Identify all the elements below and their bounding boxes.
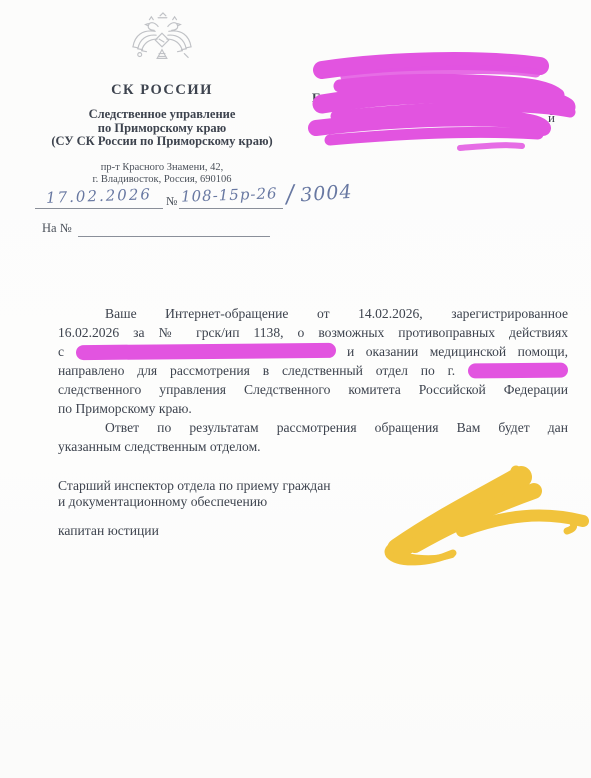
russia-coat-of-arms-icon bbox=[124, 10, 200, 72]
letterhead: СК РОССИИ Следственное управление по При… bbox=[33, 10, 291, 186]
body-text-prefix: с bbox=[58, 344, 64, 359]
body-line-redacted: направлено для рассмотрения в следственн… bbox=[58, 361, 568, 380]
org-abbrev: СК РОССИИ bbox=[33, 82, 291, 99]
addr-line-2: г. Владивосток, Россия, 690106 bbox=[33, 174, 291, 186]
pink-redaction-scribble bbox=[316, 61, 570, 148]
body-line: указанным следственным отделом. bbox=[58, 437, 568, 456]
body-line: Ответ по результатам рассмотрения обраще… bbox=[58, 418, 568, 437]
signature-block: Старший инспектор отдела по приему гражд… bbox=[58, 478, 418, 539]
pink-redaction-bar bbox=[468, 363, 568, 379]
handwritten-outgoing-number: 108-15р-26 bbox=[181, 184, 278, 205]
dept-line-1: Следственное управление bbox=[33, 108, 291, 122]
addr-line-1: пр-т Красного Знамени, 42, bbox=[33, 162, 291, 174]
registry-number: 3004 bbox=[300, 181, 354, 207]
reply-to-underline bbox=[78, 236, 270, 237]
dept-line-3: (СУ СК России по Приморскому краю) bbox=[33, 135, 291, 149]
number-sign-label: № bbox=[166, 194, 177, 209]
document-scan: СК РОССИИ Следственное управление по При… bbox=[0, 0, 591, 778]
date-underline bbox=[35, 208, 163, 209]
letter-body: Ваше Интернет-обращение от 14.02.2026, з… bbox=[58, 304, 568, 456]
dept-line-2: по Приморскому краю bbox=[33, 122, 291, 136]
body-line: по Приморскому краю. bbox=[58, 399, 568, 418]
handwritten-date: 17.02.2026 bbox=[46, 185, 152, 207]
org-department: Следственное управление по Приморскому к… bbox=[33, 108, 291, 149]
pink-redaction-bar bbox=[75, 343, 335, 360]
reply-to-label: На № bbox=[42, 221, 72, 236]
slash-mark: / bbox=[285, 180, 296, 209]
org-address: пр-т Красного Знамени, 42, г. Владивосто… bbox=[33, 162, 291, 186]
body-text-suffix: и оказании медицинской помощи, bbox=[347, 344, 568, 359]
signer-title-line-2: и документационному обеспечению bbox=[58, 494, 418, 510]
body-line: Ваше Интернет-обращение от 14.02.2026, з… bbox=[58, 304, 568, 323]
handwritten-registry-number: /3004 bbox=[285, 176, 353, 209]
number-underline bbox=[179, 208, 283, 209]
addressee-fragment-left: Е bbox=[312, 90, 321, 106]
body-text: направлено для рассмотрения в следственн… bbox=[58, 363, 455, 378]
body-line: 16.02.2026 за № грск/ип 1138, о возможны… bbox=[58, 323, 568, 342]
addressee-fragment-right: й bbox=[548, 110, 555, 126]
body-line-redacted: с и оказании медицинской помощи, bbox=[58, 342, 568, 361]
signer-title-line-1: Старший инспектор отдела по приему гражд… bbox=[58, 478, 418, 494]
body-line: следственного управления Следственного к… bbox=[58, 380, 568, 399]
signer-rank: капитан юстиции bbox=[58, 523, 418, 539]
